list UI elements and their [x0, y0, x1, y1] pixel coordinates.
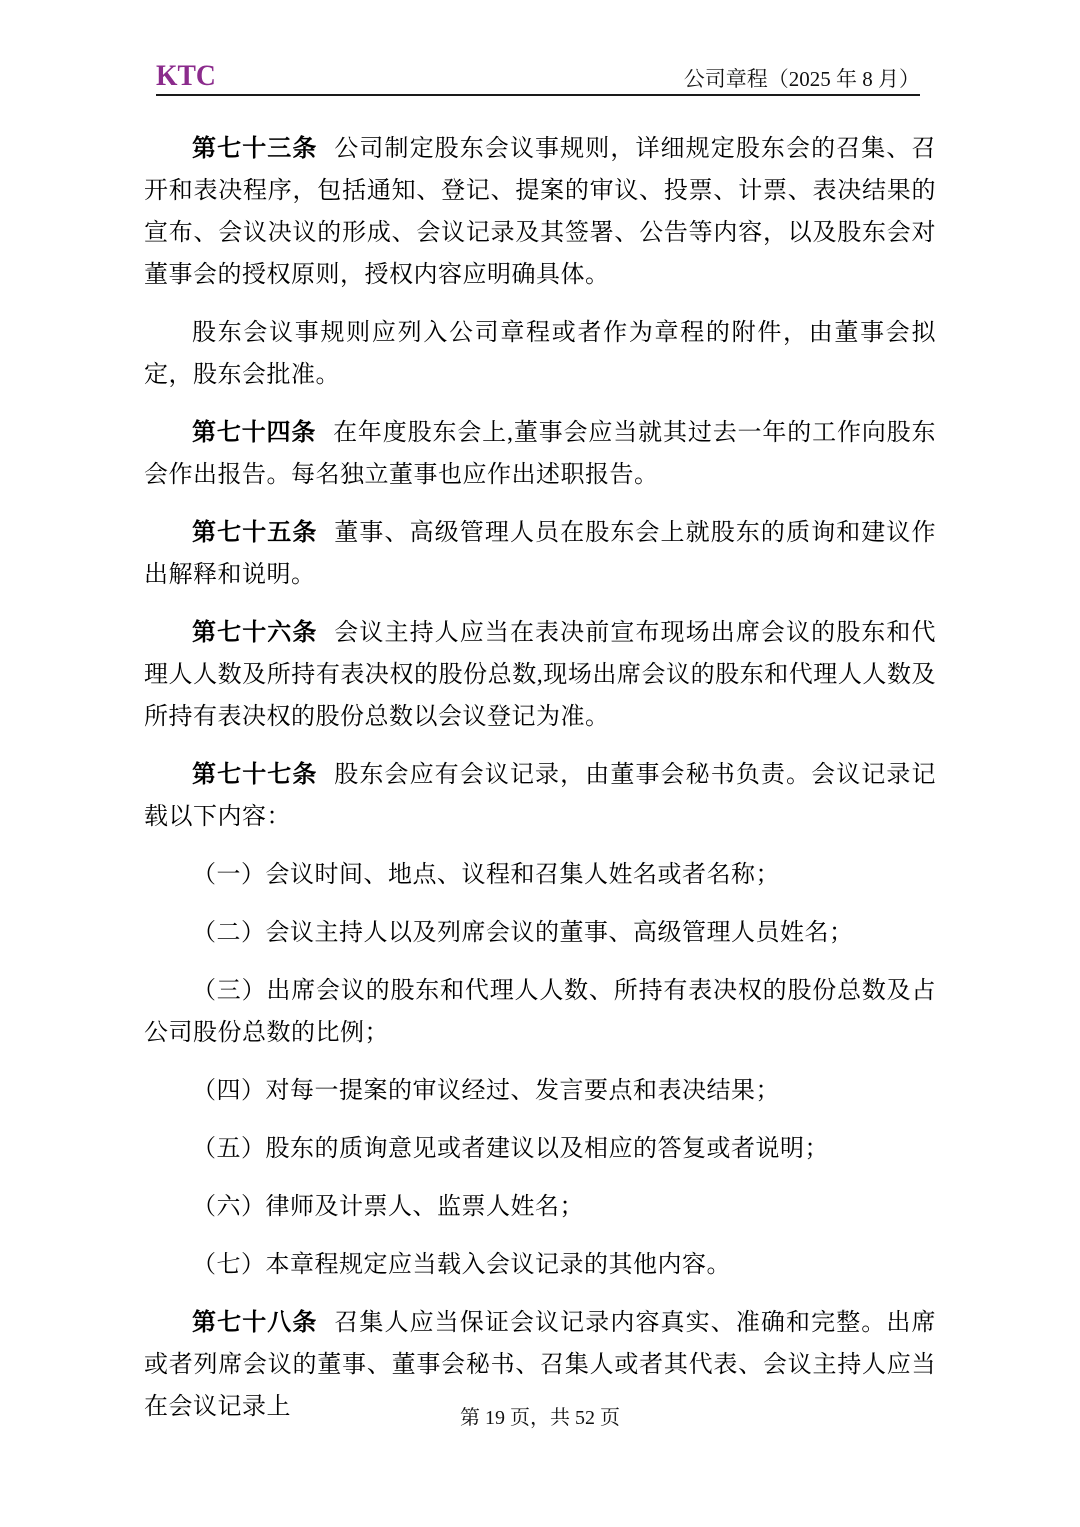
article-paragraph: 第七十六条会议主持人应当在表决前宣布现场出席会议的股东和代理人人数及所持有表决权…	[144, 612, 936, 738]
article-paragraph: 第七十五条董事、高级管理人员在股东会上就股东的质询和建议作出解释和说明。	[144, 512, 936, 596]
page-number: 第 19 页，共 52 页	[460, 1407, 620, 1429]
header-document-title: 公司章程（2025 年 8 月）	[684, 66, 920, 92]
list-item-paragraph: （四）对每一提案的审议经过、发言要点和表决结果；	[144, 1070, 936, 1112]
article-number: 第七十三条	[192, 136, 317, 162]
list-item-paragraph: （一）会议时间、地点、议程和召集人姓名或者名称；	[144, 854, 936, 896]
page-footer: 第 19 页，共 52 页	[0, 1403, 1080, 1433]
company-logo: KTC	[156, 60, 216, 92]
article-paragraph: 第七十七条股东会应有会议记录，由董事会秘书负责。会议记录记载以下内容：	[144, 754, 936, 838]
article-number: 第七十六条	[192, 620, 317, 646]
list-item-paragraph: （二）会议主持人以及列席会议的董事、高级管理人员姓名；	[144, 912, 936, 954]
document-body: 第七十三条公司制定股东会议事规则，详细规定股东会的召集、召开和表决程序，包括通知…	[144, 128, 936, 1428]
article-number: 第七十五条	[192, 520, 317, 546]
header-row: KTC 公司章程（2025 年 8 月）	[156, 0, 920, 96]
article-number: 第七十四条	[192, 420, 316, 446]
article-paragraph: 第七十四条在年度股东会上,董事会应当就其过去一年的工作向股东会作出报告。每名独立…	[144, 412, 936, 496]
list-item-paragraph: （六）律师及计票人、监票人姓名；	[144, 1186, 936, 1228]
article-number: 第七十八条	[192, 1310, 317, 1336]
list-item-paragraph: （七）本章程规定应当载入会议记录的其他内容。	[144, 1244, 936, 1286]
page-header: KTC 公司章程（2025 年 8 月）	[156, 0, 920, 96]
article-number: 第七十七条	[192, 762, 317, 788]
list-item-paragraph: （五）股东的质询意见或者建议以及相应的答复或者说明；	[144, 1128, 936, 1170]
article-paragraph: 第七十三条公司制定股东会议事规则，详细规定股东会的召集、召开和表决程序，包括通知…	[144, 128, 936, 296]
paragraph: 股东会议事规则应列入公司章程或者作为章程的附件，由董事会拟定，股东会批准。	[144, 312, 936, 396]
list-item-paragraph: （三）出席会议的股东和代理人人数、所持有表决权的股份总数及占公司股份总数的比例；	[144, 970, 936, 1054]
